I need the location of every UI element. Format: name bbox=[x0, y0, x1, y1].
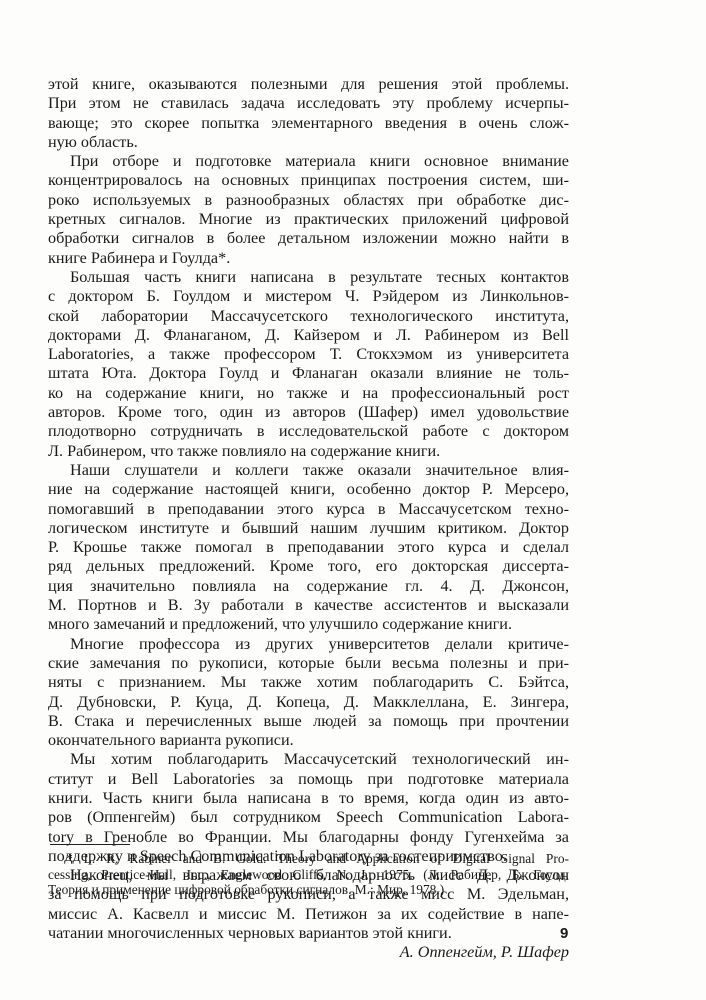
text-line: обработки сигналов в более детальном изл… bbox=[48, 229, 569, 248]
text-line: ция значительно повлияла на содержание г… bbox=[48, 577, 569, 596]
text-line: книге Рабинера и Гоулда*. bbox=[48, 249, 569, 268]
text-line: ряд дельных предложений. Кроме того, его… bbox=[48, 557, 569, 576]
text-line: М. Портнов и В. Зу работали в качестве а… bbox=[48, 596, 569, 615]
text-line: ную область. bbox=[48, 133, 569, 152]
text-line: помогавший в преподавании этого курса в … bbox=[48, 500, 569, 519]
text-line: плодотворно сотрудничать в исследователь… bbox=[48, 422, 569, 441]
body-text: этой книге, оказываются полезными для ре… bbox=[48, 75, 569, 963]
paragraphs: этой книге, оказываются полезными для ре… bbox=[48, 75, 569, 943]
text-line: чатании многочисленных черновых варианто… bbox=[48, 924, 569, 943]
text-line: штата Юта. Доктора Гоулд и Фланаган оказ… bbox=[48, 364, 569, 383]
footnote: * L. R. Rabiner and B. Gold. Theory and … bbox=[48, 851, 569, 898]
text-line: книги. Часть книги была написана в то вр… bbox=[48, 789, 569, 808]
text-line: При этом не ставилась задача исследовать… bbox=[48, 94, 569, 113]
text-line: докторами Д. Фланаганом, Д. Кайзером и Л… bbox=[48, 326, 569, 345]
text-line: няты с признанием. Мы также хотим поблаг… bbox=[48, 673, 569, 692]
footnote-rule bbox=[50, 844, 130, 845]
text-line: ров (Оппенгейм) был сотрудником Speech C… bbox=[48, 808, 569, 827]
text-line: этой книге, оказываются полезными для ре… bbox=[48, 75, 569, 94]
text-line: Д. Дубновски, Р. Куца, Д. Копеца, Д. Мак… bbox=[48, 693, 569, 712]
text-line: с доктором Б. Гоулдом и мистером Ч. Рэйд… bbox=[48, 287, 569, 306]
text-line: ко на содержание книги, но также и на пр… bbox=[48, 384, 569, 403]
text-line: ские замечания по рукописи, которые были… bbox=[48, 654, 569, 673]
text-line: При отборе и подготовке материала книги … bbox=[48, 152, 569, 171]
page-number: 9 bbox=[560, 925, 568, 942]
footnote-line: Теория и применение цифровой обработки с… bbox=[48, 882, 569, 898]
text-line: Мы хотим поблагодарить Массачусетский те… bbox=[48, 750, 569, 769]
text-line: Большая часть книги написана в результат… bbox=[48, 268, 569, 287]
signature: А. Оппенгейм, Р. Шафер bbox=[48, 943, 569, 962]
text-line: В. Стака и перечисленных выше людей за п… bbox=[48, 712, 569, 731]
text-line: ститут и Bell Laboratories за помощь при… bbox=[48, 770, 569, 789]
footnote-line: * L. R. Rabiner and B. Gold. Theory and … bbox=[48, 851, 569, 867]
text-line: Л. Рабинером, что также повлияло на соде… bbox=[48, 442, 569, 461]
text-line: вающе; это скорее попытка элементарного … bbox=[48, 114, 569, 133]
text-line: окончательного варианта рукописи. bbox=[48, 731, 569, 750]
text-line: Р. Крошье также помогал в преподавании э… bbox=[48, 538, 569, 557]
text-line: ние на содержание настоящей книги, особе… bbox=[48, 480, 569, 499]
text-line: Многие профессора из других университето… bbox=[48, 635, 569, 654]
text-line: Laboratories, а также профессором Т. Сто… bbox=[48, 345, 569, 364]
text-line: ской лаборатории Массачусетского техноло… bbox=[48, 307, 569, 326]
text-line: кретных сигналов. Многие из практических… bbox=[48, 210, 569, 229]
text-line: миссис А. Касвелл и миссис М. Петижон за… bbox=[48, 905, 569, 924]
footnote-line: cessing, Prentice-Hall, Inc., Englewood … bbox=[48, 867, 569, 883]
text-line: Наши слушатели и коллеги также оказали з… bbox=[48, 461, 569, 480]
text-line: логическом институте и бывший нашим лучш… bbox=[48, 519, 569, 538]
text-line: концентрировалось на основных принципах … bbox=[48, 171, 569, 190]
text-line: авторов. Кроме того, один из авторов (Ша… bbox=[48, 403, 569, 422]
text-line: много замечаний и предложений, что улучш… bbox=[48, 615, 569, 634]
text-line: роко используемых в разнообразных област… bbox=[48, 191, 569, 210]
